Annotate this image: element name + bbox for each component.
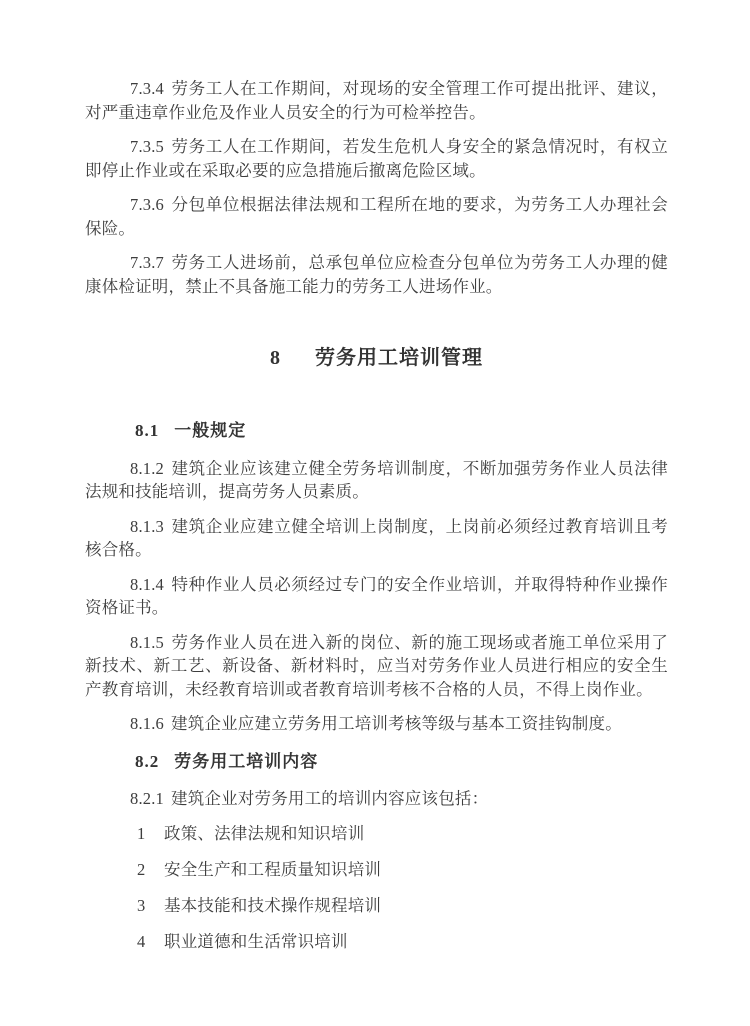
list-item: 3基本技能和技术操作规程培训 bbox=[85, 894, 668, 918]
section-heading-8-2: 8.2劳务用工培训内容 bbox=[85, 750, 668, 774]
paragraph-7-3-6: 7.3.6分包单位根据法律法规和工程所在地的要求，为劳务工人办理社会保险。 bbox=[85, 193, 668, 240]
chapter-number: 8 bbox=[270, 347, 281, 369]
section-number: 8.1 bbox=[135, 421, 159, 440]
list-item: 2安全生产和工程质量知识培训 bbox=[85, 858, 668, 882]
section-title: 一般规定 bbox=[174, 421, 246, 440]
paragraph-8-1-5: 8.1.5劳务作业人员在进入新的岗位、新的施工现场或者施工单位采用了新技术、新工… bbox=[85, 631, 668, 702]
list-item-number: 3 bbox=[137, 894, 164, 918]
chapter-heading: 8劳务用工培训管理 bbox=[85, 343, 668, 373]
clause-number: 8.1.4 bbox=[130, 575, 164, 594]
paragraph-7-3-7: 7.3.7劳务工人进场前，总承包单位应检查分包单位为劳务工人办理的健康体检证明，… bbox=[85, 251, 668, 298]
list-item: 4职业道德和生活常识培训 bbox=[85, 930, 668, 954]
list-item-number: 4 bbox=[137, 930, 164, 954]
paragraph-8-1-3: 8.1.3建筑企业应建立健全培训上岗制度，上岗前必须经过教育培训且考核合格。 bbox=[85, 515, 668, 562]
clause-text: 建筑企业应建立健全培训上岗制度，上岗前必须经过教育培训且考核合格。 bbox=[85, 517, 668, 560]
paragraph-8-1-6: 8.1.6建筑企业应建立劳务用工培训考核等级与基本工资挂钩制度。 bbox=[85, 712, 668, 736]
list-item-text: 安全生产和工程质量知识培训 bbox=[164, 860, 381, 879]
clause-number: 7.3.5 bbox=[130, 137, 164, 156]
section-heading-8-1: 8.1一般规定 bbox=[85, 419, 668, 443]
clause-text: 劳务工人进场前，总承包单位应检查分包单位为劳务工人办理的健康体检证明，禁止不具备… bbox=[85, 253, 668, 296]
list-item-text: 基本技能和技术操作规程培训 bbox=[164, 896, 381, 915]
list-item-number: 1 bbox=[137, 822, 164, 846]
clause-text: 建筑企业对劳务用工的培训内容应该包括： bbox=[171, 789, 488, 808]
paragraph-7-3-4: 7.3.4劳务工人在工作期间，对现场的安全管理工作可提出批评、建议，对严重违章作… bbox=[85, 77, 668, 124]
clause-number: 7.3.7 bbox=[130, 253, 164, 272]
list-item-text: 职业道德和生活常识培训 bbox=[164, 932, 348, 951]
clause-text: 建筑企业应建立劳务用工培训考核等级与基本工资挂钩制度。 bbox=[171, 714, 622, 733]
paragraph-8-1-2: 8.1.2建筑企业应该建立健全劳务培训制度，不断加强劳务作业人员法律法规和技能培… bbox=[85, 457, 668, 504]
paragraph-8-2-1: 8.2.1建筑企业对劳务用工的培训内容应该包括： bbox=[85, 787, 668, 811]
list-item: 1政策、法律法规和知识培训 bbox=[85, 822, 668, 846]
chapter-title: 劳务用工培训管理 bbox=[315, 347, 483, 369]
clause-text: 劳务工人在工作期间，若发生危机人身安全的紧急情况时，有权立即停止作业或在采取必要… bbox=[85, 137, 668, 180]
paragraph-8-1-4: 8.1.4特种作业人员必须经过专门的安全作业培训，并取得特种作业操作资格证书。 bbox=[85, 573, 668, 620]
section-title: 劳务用工培训内容 bbox=[174, 752, 318, 771]
clause-number: 7.3.6 bbox=[130, 195, 164, 214]
paragraph-7-3-5: 7.3.5劳务工人在工作期间，若发生危机人身安全的紧急情况时，有权立即停止作业或… bbox=[85, 135, 668, 182]
clause-text: 分包单位根据法律法规和工程所在地的要求，为劳务工人办理社会保险。 bbox=[85, 195, 668, 238]
list-item-number: 2 bbox=[137, 858, 164, 882]
clause-number: 8.1.6 bbox=[130, 714, 164, 733]
list-item-text: 政策、法律法规和知识培训 bbox=[164, 824, 364, 843]
document-page: 7.3.4劳务工人在工作期间，对现场的安全管理工作可提出批评、建议，对严重违章作… bbox=[0, 0, 750, 1026]
clause-text: 建筑企业应该建立健全劳务培训制度，不断加强劳务作业人员法律法规和技能培训，提高劳… bbox=[85, 459, 668, 502]
clause-text: 劳务工人在工作期间，对现场的安全管理工作可提出批评、建议，对严重违章作业危及作业… bbox=[85, 79, 668, 122]
section-number: 8.2 bbox=[135, 752, 159, 771]
clause-text: 劳务作业人员在进入新的岗位、新的施工现场或者施工单位采用了新技术、新工艺、新设备… bbox=[85, 633, 668, 699]
clause-text: 特种作业人员必须经过专门的安全作业培训，并取得特种作业操作资格证书。 bbox=[85, 575, 668, 618]
clause-number: 7.3.4 bbox=[130, 79, 164, 98]
clause-number: 8.1.2 bbox=[130, 459, 164, 478]
training-content-list: 1政策、法律法规和知识培训 2安全生产和工程质量知识培训 3基本技能和技术操作规… bbox=[85, 822, 668, 954]
clause-number: 8.1.3 bbox=[130, 517, 164, 536]
clause-number: 8.1.5 bbox=[130, 633, 164, 652]
clause-number: 8.2.1 bbox=[130, 789, 164, 808]
